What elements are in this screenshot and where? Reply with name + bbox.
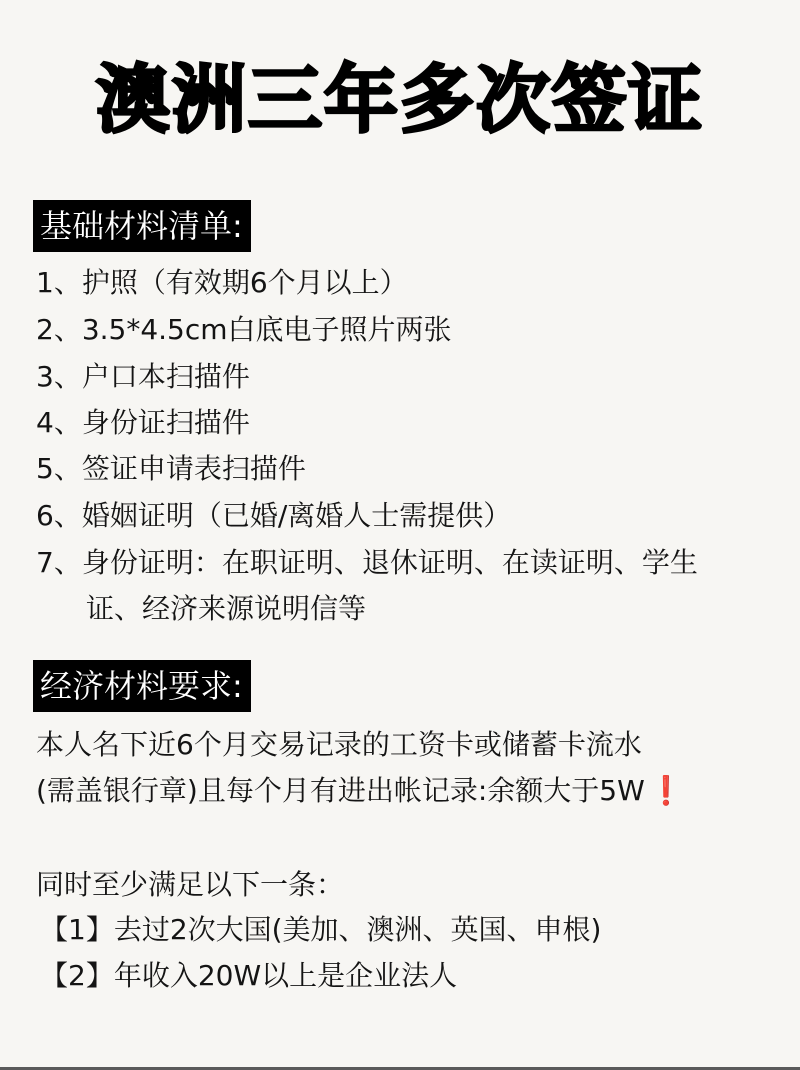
list-item-continuation: 证、经济来源说明信等 bbox=[86, 586, 366, 632]
financial-requirement-text: (需盖银行章)且每个月有进出帐记录:余额大于5W bbox=[36, 774, 645, 807]
list-item: 4、身份证扫描件 bbox=[36, 400, 250, 446]
page-title: 澳洲三年多次签证 bbox=[0, 52, 800, 148]
list-item: 1、护照（有效期6个月以上） bbox=[36, 260, 408, 306]
list-item: 5、签证申请表扫描件 bbox=[36, 446, 306, 492]
list-item: 6、婚姻证明（已婚/离婚人士需提供） bbox=[36, 493, 511, 539]
exclamation-icon: ❗ bbox=[649, 774, 684, 807]
list-item: 2、3.5*4.5cm白底电子照片两张 bbox=[36, 307, 452, 353]
condition-item: 【2】年收入20W以上是企业法人 bbox=[40, 953, 457, 999]
financial-requirements-heading: 经济材料要求: bbox=[33, 660, 251, 712]
list-item: 7、身份证明：在职证明、退休证明、在读证明、学生 bbox=[36, 540, 698, 586]
basic-materials-heading: 基础材料清单: bbox=[33, 200, 251, 252]
condition-item: 【1】去过2次大国(美加、澳洲、英国、申根) bbox=[40, 907, 601, 953]
financial-requirement-line-2: (需盖银行章)且每个月有进出帐记录:余额大于5W❗ bbox=[36, 768, 684, 814]
condition-intro: 同时至少满足以下一条： bbox=[36, 862, 344, 908]
financial-requirement-line-1: 本人名下近6个月交易记录的工资卡或储蓄卡流水 bbox=[36, 722, 642, 768]
list-item: 3、户口本扫描件 bbox=[36, 354, 250, 400]
